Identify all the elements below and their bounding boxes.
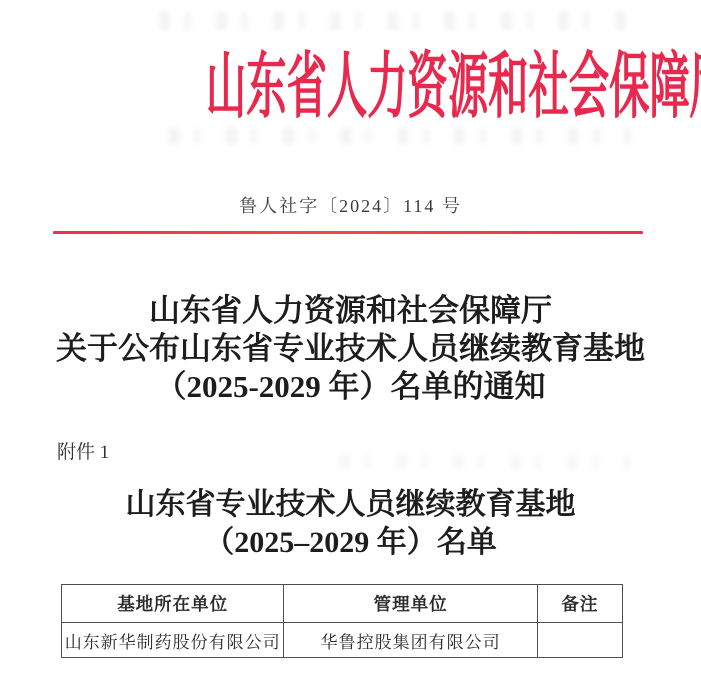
- list-title-line1: 山东省专业技术人员继续教育基地: [0, 486, 701, 524]
- cell-remarks: [537, 623, 622, 658]
- notice-title-line2: 关于公布山东省专业技术人员继续教育基地: [0, 330, 701, 368]
- letterhead-divider-rule: [53, 231, 643, 234]
- document-number: 鲁人社字〔2024〕114 号: [0, 192, 701, 218]
- scan-artifact-below-letterhead: [160, 128, 630, 144]
- cell-base-unit: 山东新华制药股份有限公司: [62, 623, 284, 658]
- education-base-table: 基地所在单位 管理单位 备注 山东新华制药股份有限公司 华鲁控股集团有限公司: [61, 584, 623, 658]
- column-header-management-unit: 管理单位: [284, 585, 537, 623]
- notice-title-line3: （2025-2029 年）名单的通知: [0, 368, 701, 406]
- cell-management-unit: 华鲁控股集团有限公司: [284, 623, 537, 658]
- notice-title-line1: 山东省人力资源和社会保障厅: [0, 292, 701, 330]
- scanned-document-page: 山东省人力资源和社会保障厅 鲁人社字〔2024〕114 号 山东省人力资源和社会…: [0, 0, 701, 700]
- table-row: 山东新华制药股份有限公司 华鲁控股集团有限公司: [62, 623, 623, 658]
- letterhead: 山东省人力资源和社会保障厅: [0, 48, 701, 128]
- attachment-label: 附件 1: [57, 437, 109, 464]
- column-header-base-unit: 基地所在单位: [62, 585, 284, 623]
- table-header-row: 基地所在单位 管理单位 备注: [62, 585, 623, 623]
- letterhead-agency-title: 山东省人力资源和社会保障厅: [206, 48, 701, 126]
- attachment-list-title: 山东省专业技术人员继续教育基地 （2025–2029 年）名单: [0, 486, 701, 562]
- notice-title: 山东省人力资源和社会保障厅 关于公布山东省专业技术人员继续教育基地 （2025-…: [0, 292, 701, 406]
- list-title-line2: （2025–2029 年）名单: [0, 524, 701, 562]
- scan-artifact-top: [150, 12, 630, 30]
- scan-artifact-mid: [330, 455, 630, 469]
- column-header-remarks: 备注: [537, 585, 622, 623]
